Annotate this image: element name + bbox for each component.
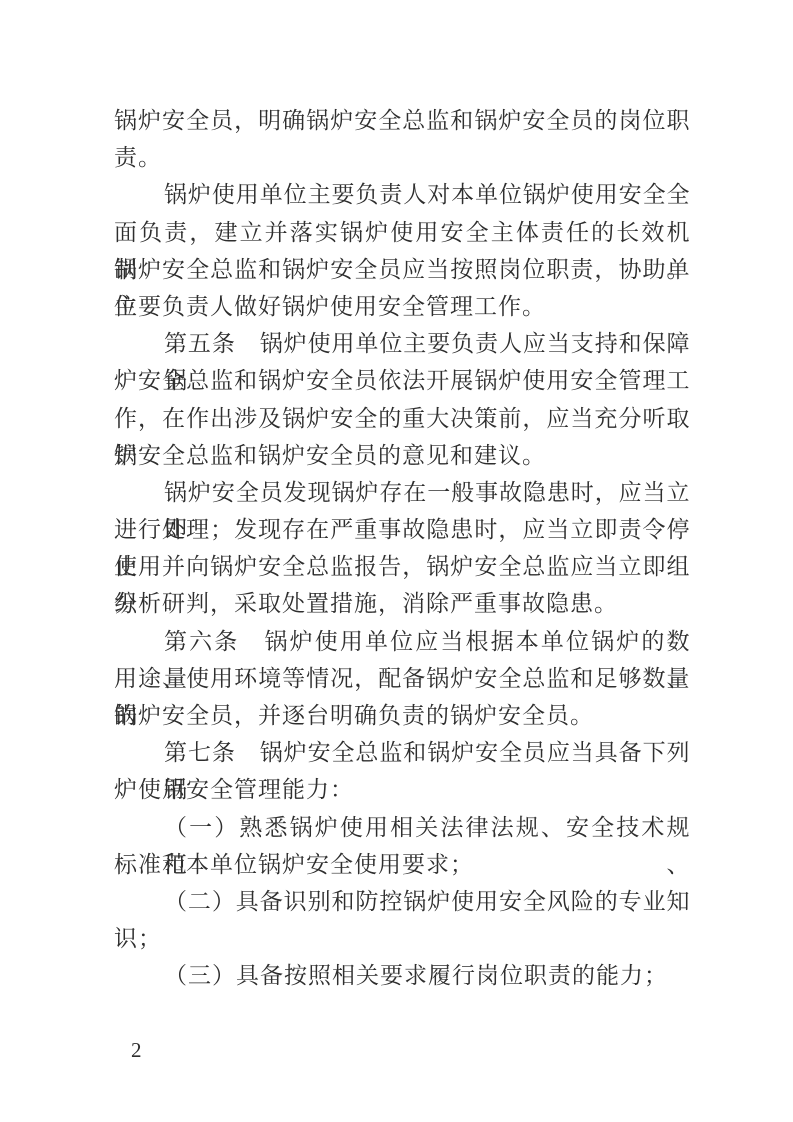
text-line: 面负责，建立并落实锅炉使用安全主体责任的长效机制。 — [114, 214, 690, 251]
document-page: 锅炉安全员，明确锅炉安全总监和锅炉安全员的岗位职 责。 锅炉使用单位主要负责人对… — [0, 0, 793, 1122]
text-line: 第五条 锅炉使用单位主要负责人应当支持和保障锅 — [114, 325, 690, 362]
text-line: 锅炉安全员发现锅炉存在一般事故隐患时，应当立即 — [114, 474, 690, 511]
text-line: 进行处理；发现存在严重事故隐患时，应当立即责令停止 — [114, 511, 690, 548]
text-line: 分析研判，采取处置措施，消除严重事故隐患。 — [114, 585, 690, 622]
page-number: 2 — [131, 1036, 142, 1064]
text-line: 炉安全总监和锅炉安全员依法开展锅炉使用安全管理工 — [114, 362, 690, 399]
text-line: （一）熟悉锅炉使用相关法律法规、安全技术规范、 — [114, 809, 690, 846]
text-line: 第七条 锅炉安全总监和锅炉安全员应当具备下列锅 — [114, 734, 690, 771]
text-line: 用途、使用环境等情况，配备锅炉安全总监和足够数量的 — [114, 660, 690, 697]
document-body: 锅炉安全员，明确锅炉安全总监和锅炉安全员的岗位职 责。 锅炉使用单位主要负责人对… — [114, 102, 690, 995]
text-line: 主要负责人做好锅炉使用安全管理工作。 — [114, 288, 690, 325]
text-line: 锅炉安全总监和锅炉安全员应当按照岗位职责，协助单位 — [114, 251, 690, 288]
text-line: 使用并向锅炉安全总监报告，锅炉安全总监应当立即组织 — [114, 548, 690, 585]
text-line: 炉安全总监和锅炉安全员的意见和建议。 — [114, 437, 690, 474]
text-line: 识； — [114, 920, 690, 957]
text-line: 炉使用安全管理能力： — [114, 771, 690, 808]
text-line: 作，在作出涉及锅炉安全的重大决策前，应当充分听取锅 — [114, 400, 690, 437]
text-line: 锅炉安全员，明确锅炉安全总监和锅炉安全员的岗位职 — [114, 102, 690, 139]
text-line: 责。 — [114, 139, 690, 176]
text-line: （三）具备按照相关要求履行岗位职责的能力； — [114, 957, 690, 994]
text-line: （二）具备识别和防控锅炉使用安全风险的专业知 — [114, 883, 690, 920]
text-line: 第六条 锅炉使用单位应当根据本单位锅炉的数量、 — [114, 623, 690, 660]
text-line: 锅炉使用单位主要负责人对本单位锅炉使用安全全 — [114, 176, 690, 213]
text-line: 锅炉安全员，并逐台明确负责的锅炉安全员。 — [114, 697, 690, 734]
